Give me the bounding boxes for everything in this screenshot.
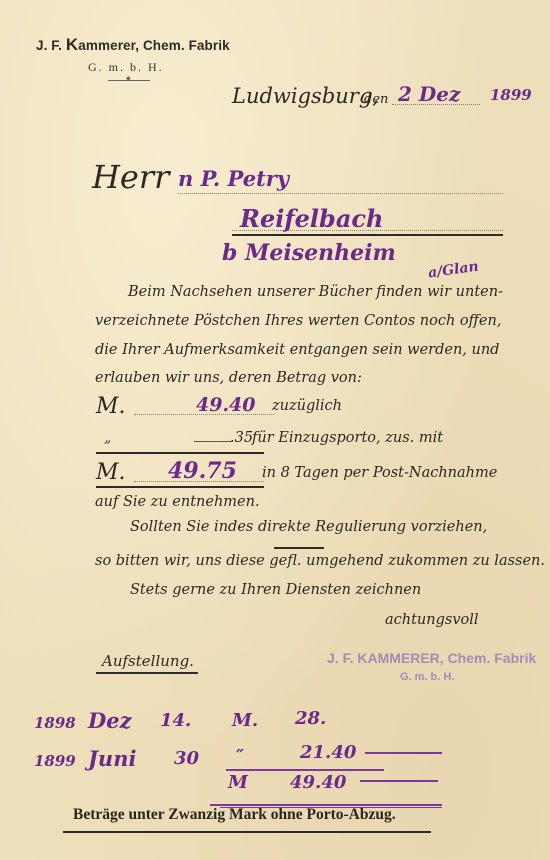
- footer-underline: [63, 831, 431, 833]
- entry2-amount: 21.40: [300, 742, 356, 763]
- amount2-value: .35: [230, 430, 253, 446]
- company-initial-letter: K: [66, 35, 78, 54]
- amount1-value: 49.40: [196, 394, 256, 416]
- body-line-sollten: Sollten Sie indes direkte Regulierung vo…: [130, 519, 487, 535]
- amount2-dash: [194, 441, 232, 442]
- recipient-district: b Meisenheim: [222, 240, 396, 266]
- direkte-underline: [274, 547, 324, 549]
- closing-word: achtungsvoll: [385, 612, 479, 628]
- entry2-currency: ″: [236, 746, 244, 767]
- body-line-1: Beim Nachsehen unserer Bücher finden wir…: [128, 284, 503, 300]
- statement-sum-rule: [226, 769, 384, 771]
- total-currency: M: [228, 772, 248, 793]
- footer-note: Beträge unter Zwanzig Mark ohne Porto-Ab…: [73, 806, 396, 824]
- amount3-value: 49.75: [168, 458, 237, 484]
- body-line-2: verzeichnete Pöstchen Ihres werten Conto…: [95, 313, 501, 329]
- statement-heading: Aufstellung.: [102, 652, 194, 670]
- dateline-den: den: [364, 92, 388, 107]
- recipient-dotted-line: [178, 193, 503, 194]
- total-amount-stroke: [360, 780, 438, 782]
- body-line-4: erlauben wir uns, deren Betrag von:: [95, 370, 362, 386]
- amount2-ditto: „: [104, 430, 111, 446]
- body-line-bitten: so bitten wir, uns diese gefl. umgehend …: [95, 553, 545, 569]
- entry1-month: Dez: [88, 708, 132, 733]
- salutation-herr: Herr: [92, 158, 169, 196]
- amount1-suffix: zuzüglich: [272, 398, 342, 414]
- amount3-suffix: in 8 Tagen per Post-Nachnahme: [262, 465, 497, 481]
- letterhead-company: J. F. Kammerer, Chem. Fabrik: [36, 35, 230, 55]
- ornament-divider-icon: [108, 80, 150, 81]
- amount3-currency: M.: [96, 460, 126, 485]
- recipient-name: n P. Petry: [178, 166, 289, 191]
- company-name: ammerer, Chem. Fabrik: [78, 38, 229, 53]
- entry1-year: 1898: [34, 714, 76, 732]
- amount-sum-rule-bottom: [96, 486, 264, 488]
- entry1-amount: 28.: [295, 708, 326, 729]
- amount1-currency: M.: [96, 394, 126, 419]
- amount2-suffix: für Einzugsporto, zus. mit: [252, 430, 443, 446]
- recipient-place: Reifelbach: [240, 204, 383, 233]
- amount-sum-rule-top: [96, 452, 264, 454]
- entry1-currency: M.: [232, 710, 258, 731]
- entry2-amount-stroke: [365, 752, 442, 754]
- dateline-city: Ludwigsburg,: [232, 84, 379, 108]
- company-initials: J. F.: [36, 38, 62, 53]
- handwritten-year: 1899: [490, 86, 532, 104]
- total-amount: 49.40: [290, 772, 346, 793]
- letterhead-legal-form: G. m. b. H.: [88, 60, 164, 75]
- entry2-month: Juni: [88, 746, 136, 771]
- entry2-day: 30: [174, 748, 199, 769]
- handwritten-date: 2 Dez: [398, 82, 460, 106]
- body-line-3: die Ihrer Aufmerksamkeit entgangen sein …: [95, 342, 499, 358]
- body-entnehmen-line: auf Sie zu entnehmen.: [95, 494, 260, 510]
- company-stamp-line1: J. F. KAMMERER, Chem. Fabrik: [327, 650, 536, 666]
- place-underline: [232, 234, 503, 236]
- entry2-year: 1899: [34, 752, 76, 770]
- company-stamp-line2: G. m. b. H.: [400, 671, 454, 683]
- entry1-day: 14.: [160, 710, 191, 731]
- statement-heading-underline: [96, 672, 198, 674]
- closing-line: Stets gerne zu Ihren Diensten zeichnen: [130, 582, 421, 598]
